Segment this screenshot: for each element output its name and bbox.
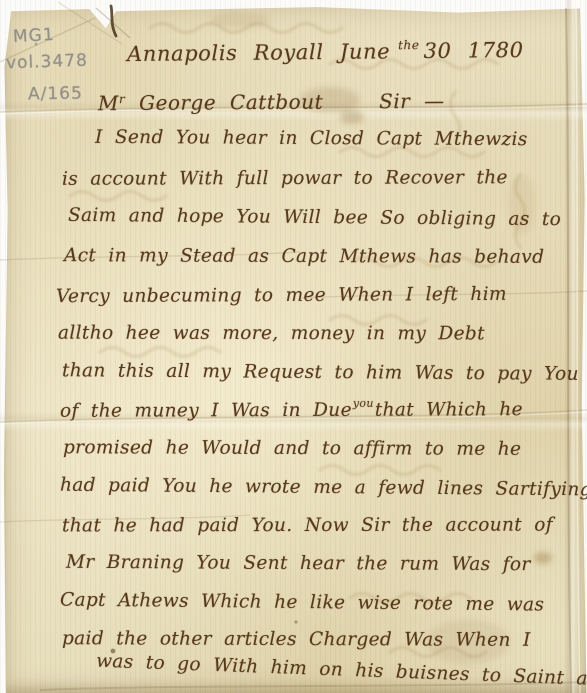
letter-line-4: Act in my Stead as Capt Mthews has behav… [64, 245, 544, 268]
letter-line-11: that he had paid You. Now Sir the accoun… [62, 515, 553, 537]
dateline-place-month: Annapolis Royall June [127, 39, 390, 66]
letter-line-8-post: that Which he [375, 399, 523, 421]
archival-mark-collection: MG1 [13, 25, 56, 47]
letter-line-12: Mr Braning You Sent hear the rum Was for [66, 552, 531, 575]
letter-line-7: than this all my Request to him Was to p… [62, 360, 579, 385]
letter-salutation: Mr George CattboutSir — [98, 89, 445, 115]
letter-line-14: paid the other articles Charged Was When… [62, 628, 531, 651]
letter-line-5: Vercy unbecuming to mee When I left him [56, 284, 507, 307]
dateline-superscript-the: the [398, 38, 420, 52]
letter-line-2: is account With full powar to Recover th… [62, 167, 508, 190]
archival-mark-volume: vol.3478 [6, 51, 89, 74]
letter-scan: MG1 vol.3478 A/165 Annapolis Royall June… [0, 0, 587, 693]
dateline-day-year: 30 1780 [423, 38, 523, 63]
letter-line-3: Saim and hope You Will bee So obliging a… [68, 205, 561, 230]
salutation-mr: M [98, 91, 119, 115]
letter-line-8-pre: of the muney I Was in Due [60, 400, 352, 422]
salutation-sir: Sir — [379, 89, 445, 113]
archival-mark-item: A/165 [28, 84, 83, 105]
salutation-addressee-name: George Cattbout [139, 90, 323, 115]
letter-dateline: Annapolis Royall Junethe30 1780 [127, 38, 524, 66]
salutation-mr-superscript: r [119, 92, 125, 106]
letter-line-9: promised he Would and to affirm to me he [63, 437, 521, 460]
letter-line-8: of the muney I Was in Dueyouthat Which h… [60, 399, 523, 422]
letter-line-8-superscript-you: you [353, 397, 374, 410]
letter-line-6: alltho hee was more, money in my Debt [58, 323, 485, 345]
letter-line-1: I Send You hear in Closd Capt Mthewzis [95, 127, 528, 150]
